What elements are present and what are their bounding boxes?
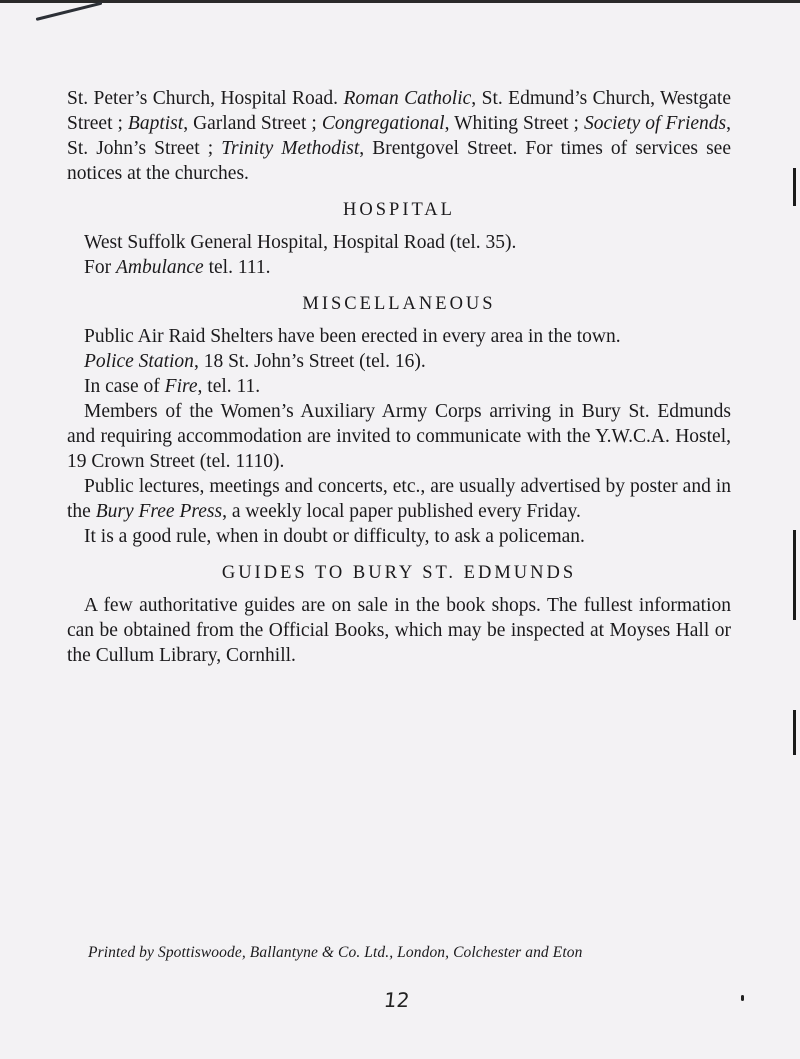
fire-prefix: In case of [84,376,165,397]
police-label: Police Station [84,351,194,372]
denomination-label: Trinity Methodist [221,138,359,159]
police-details: , 18 St. John’s Street (tel. 16). [194,351,426,372]
church-address-text: , Garland Street ; [183,113,322,134]
ink-dot [741,995,744,1001]
ambulance-number: tel. 111. [204,257,271,278]
staple-mark [36,2,103,21]
page-number: 12 [383,988,411,1012]
edge-mark [793,530,796,620]
section-heading-guides: GUIDES TO BURY ST. EDMUNDS [67,561,731,586]
denomination-label: Roman Catholic [343,88,471,109]
hospital-address: West Suffolk General Hospital, Hospital … [67,230,731,255]
ambulance-prefix: For [84,257,116,278]
lectures-paragraph: Public lectures, meetings and concerts, … [67,474,731,524]
fire-line: In case of Fire, tel. 11. [67,374,731,399]
scan-top-edge [0,0,800,3]
denomination-label: Society of Friends [584,113,726,134]
section-heading-hospital: HOSPITAL [67,198,731,223]
church-address-text: , Whiting Street ; [445,113,584,134]
air-raid-shelters: Public Air Raid Shelters have been erect… [67,324,731,349]
denomination-label: Congregational [322,113,445,134]
church-address-text: St. Peter’s Church, Hospital Road. [67,88,343,109]
fire-label: Fire [165,376,198,397]
ambulance-line: For Ambulance tel. 111. [67,255,731,280]
policeman-advice: It is a good rule, when in doubt or diff… [67,524,731,549]
waac-paragraph: Members of the Women’s Auxiliary Army Co… [67,399,731,474]
printer-imprint: Printed by Spottiswoode, Ballantyne & Co… [88,944,728,962]
section-heading-miscellaneous: MISCELLANEOUS [67,292,731,317]
edge-mark [793,710,796,755]
page-body: St. Peter’s Church, Hospital Road. Roman… [67,86,731,668]
fire-number: , tel. 11. [198,376,261,397]
churches-paragraph: St. Peter’s Church, Hospital Road. Roman… [67,86,731,186]
newspaper-title: Bury Free Press [96,501,222,522]
lectures-suffix: , a weekly local paper published every F… [222,501,581,522]
guides-paragraph: A few authoritative guides are on sale i… [67,593,731,668]
edge-mark [793,168,796,206]
ambulance-label: Ambulance [116,257,204,278]
police-station-line: Police Station, 18 St. John’s Street (te… [67,349,731,374]
denomination-label: Baptist [128,113,183,134]
